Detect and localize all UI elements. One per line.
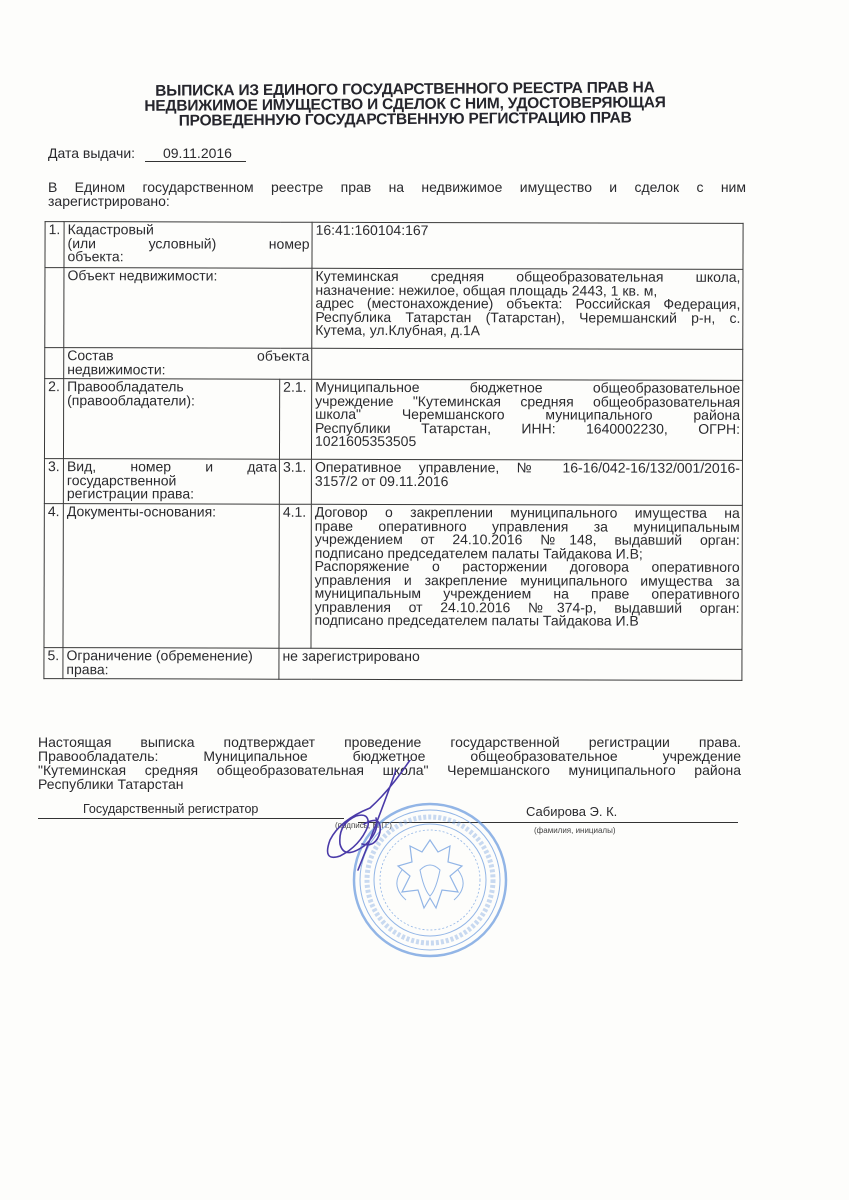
table-row: Состав объекта недвижимости: [45,348,743,381]
table-row: 1. Кадастровый (или условный) номер объе… [45,222,743,270]
property-composition [312,348,743,380]
signature-icon [310,760,430,880]
encumbrance: не зарегистрировано [279,648,742,680]
row-label: Вид, номер и дата государственной регист… [63,459,279,505]
table-row: 3. Вид, номер и дата государственной рег… [44,459,742,506]
table-row: 2. Правообладатель (правообладатели): 2.… [44,379,742,461]
intro-line-2: зарегистрировано: [48,194,746,208]
cadastral-number: 16:41:160104:167 [312,222,743,269]
table-row: Объект недвижимости: Кутеминская средняя… [45,268,743,350]
row-label: Состав объекта недвижимости: [64,348,312,380]
basis-documents: Договор о закреплении муниципального иму… [311,504,742,649]
issue-date: Дата выдачи: 09.11.2016 [48,145,246,162]
row-number: 3. [44,459,63,504]
row-label: Ограничение (обременение) права: [63,648,279,680]
row-label: Объект недвижимости: [64,268,312,349]
table-row: 5. Ограничение (обременение) права: не з… [44,648,742,681]
row-label: Правообладатель (правообладатели): [63,379,279,460]
table-row: 4. Документы-основания: 4.1. Договор о з… [44,504,742,650]
sub-number: 4.1. [279,504,311,648]
row-number: 5. [44,648,63,679]
issue-date-label: Дата выдачи: [48,145,135,161]
registry-table: 1. Кадастровый (или условный) номер объе… [43,221,743,681]
intro-line-1: В Едином государственном реестре прав на… [48,180,746,194]
registration-record: Оперативное управление, № 16-16/042-16/1… [311,459,742,505]
title-line-3: ПРОВЕДЕННУЮ ГОСУДАРСТВЕННУЮ РЕГИСТРАЦИЮ … [90,110,720,129]
row-label: Документы-основания: [63,504,279,649]
row-label: Кадастровый (или условный) номер объекта… [64,222,312,269]
issue-date-value: 09.11.2016 [145,145,246,162]
document-title: ВЫПИСКА ИЗ ЕДИНОГО ГОСУДАРСТВЕННОГО РЕЕС… [90,80,720,129]
sub-number: 2.1. [279,379,311,459]
row-number: 1. [45,222,64,268]
row-number [45,268,64,348]
sub-number: 3.1. [279,459,311,504]
row-number: 4. [44,504,63,648]
property-object: Кутеминская средняя общеобразовательная … [312,268,743,349]
row-number [45,348,64,379]
registrar-name: Сабирова Э. К. [526,804,617,819]
row-number: 2. [44,379,63,459]
name-hint: (фамилия, инициалы) [534,826,616,835]
position-line [38,818,286,819]
intro-text: В Едином государственном реестре прав на… [48,180,746,208]
registrar-position: Государственный регистратор [83,802,258,816]
right-holder: Муниципальное бюджетное общеобразователь… [311,379,742,460]
